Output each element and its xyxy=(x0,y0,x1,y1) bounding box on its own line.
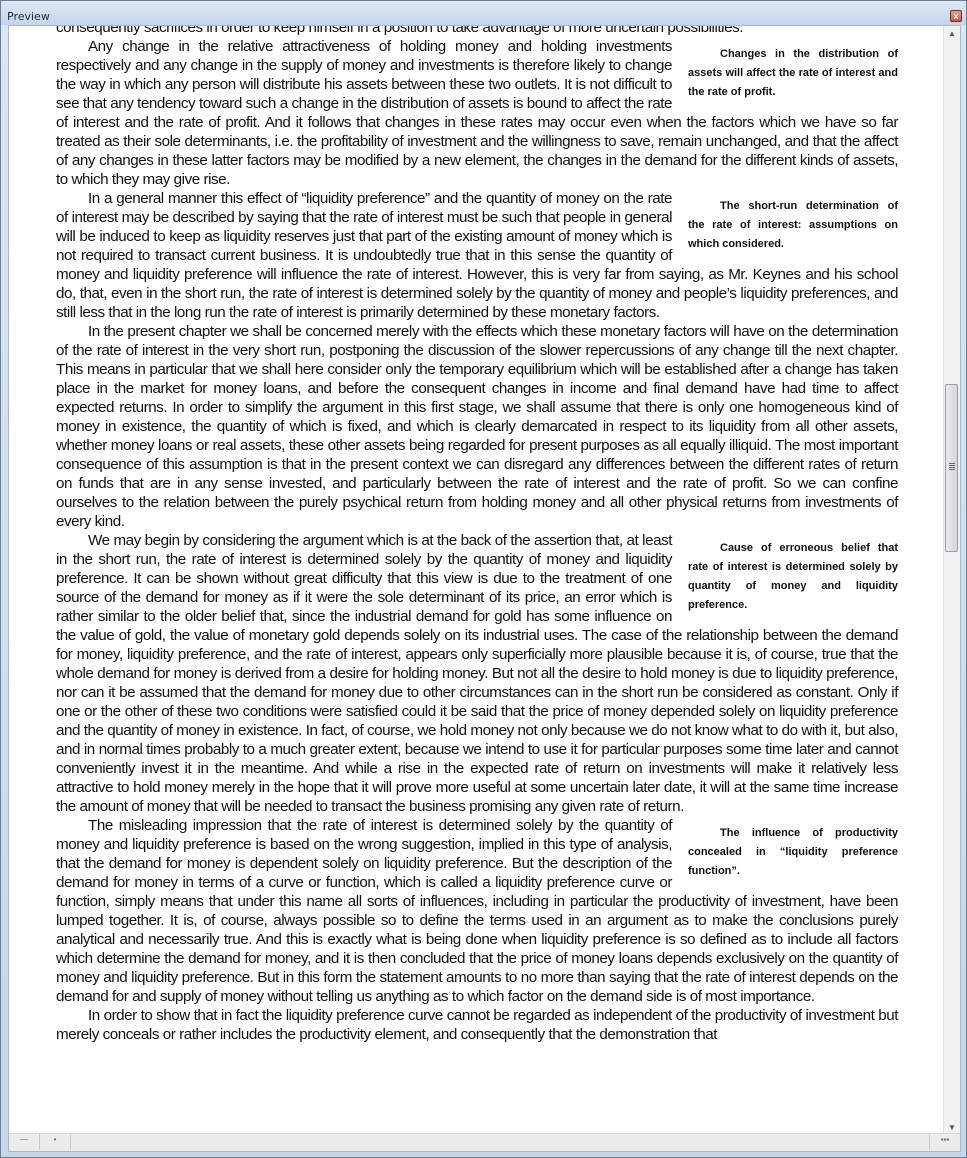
close-button[interactable]: x xyxy=(950,10,962,22)
preview-window: Preview x consequently sacrifices in ord… xyxy=(0,0,967,1158)
scrollbar-thumb[interactable] xyxy=(945,384,958,552)
window-title: Preview xyxy=(7,10,50,23)
paragraph: In the present chapter we shall be conce… xyxy=(56,322,898,531)
paragraph: Cause of erroneous belief that rate of i… xyxy=(56,531,898,816)
document-viewport[interactable]: consequently sacrifices in order to keep… xyxy=(8,25,961,1152)
paragraph: The influence of productivity concealed … xyxy=(56,816,898,1006)
document-content: consequently sacrifices in order to keep… xyxy=(56,26,898,1044)
vertical-scrollbar[interactable]: ▲ ▼ xyxy=(943,26,960,1136)
paragraph: The short-run determination of the rate … xyxy=(56,189,898,322)
margin-note: The influence of productivity concealed … xyxy=(688,824,898,881)
paragraph: In order to show that in fact the liquid… xyxy=(56,1006,898,1044)
paragraph-text: consequently sacrifices in order to keep… xyxy=(56,26,743,36)
bottom-toolbar: — • ▪▪▪ xyxy=(9,1133,960,1151)
paragraph: Changes in the distribution of assets wi… xyxy=(56,37,898,189)
margin-note: Cause of erroneous belief that rate of i… xyxy=(688,539,898,615)
paragraph-text: In the present chapter we shall be conce… xyxy=(56,323,898,530)
page-indicator-control[interactable]: • xyxy=(40,1134,71,1150)
document-page: consequently sacrifices in order to keep… xyxy=(9,26,946,1136)
resize-grip-icon[interactable]: ▪▪▪ xyxy=(929,1134,960,1150)
close-icon: x xyxy=(953,11,958,21)
margin-note: Changes in the distribution of assets wi… xyxy=(688,45,898,102)
zoom-out-control[interactable]: — xyxy=(9,1134,40,1150)
paragraph-text: In order to show that in fact the liquid… xyxy=(56,1007,898,1043)
paragraph: consequently sacrifices in order to keep… xyxy=(56,26,898,37)
margin-note: The short-run determination of the rate … xyxy=(688,197,898,254)
scroll-up-arrow-icon[interactable]: ▲ xyxy=(944,26,960,42)
grip-icon xyxy=(949,463,955,471)
title-bar[interactable]: Preview x xyxy=(1,1,966,25)
